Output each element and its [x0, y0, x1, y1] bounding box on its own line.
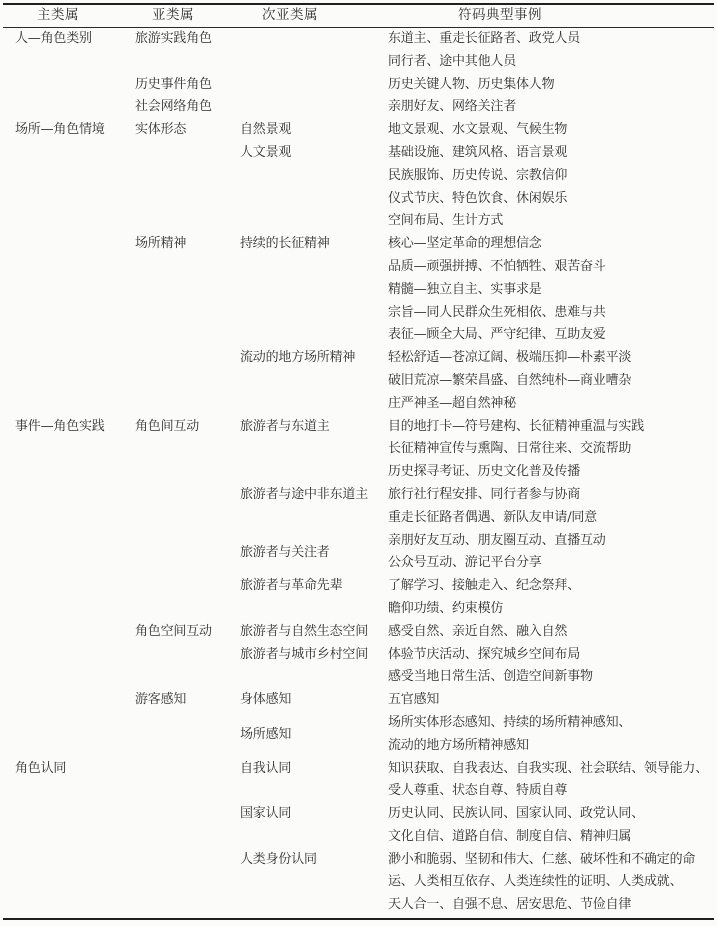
subsub-category-cell: 旅游者与城市乡村空间 [240, 644, 388, 667]
subsub-category-cell: 旅游者与关注者 [240, 530, 388, 576]
example-cell: 同行者、途中其他人员 [388, 51, 715, 74]
example-cell: 知识获取、自我表达、自我实现、社会联结、领导能力、 [388, 758, 715, 781]
example-cell: 庄严神圣—超自然神秘 [388, 393, 715, 416]
table-bottom-rule [3, 918, 714, 920]
table-header-row: 主类属 亚类属 次亚类属 符码典型事例 [0, 4, 717, 27]
main-category-cell: 事件—角色实践 [15, 416, 135, 439]
example-cell: 天人合一、自强不息、居安思危、节俭自律 [388, 894, 715, 917]
sub-category-cell: 场所精神 [135, 233, 240, 256]
example-cell: 文化自信、道路自信、制度自信、精神归属 [388, 826, 715, 849]
example-cell: 品质—顽强拼搏、不怕牺牲、艰苦奋斗 [388, 256, 715, 279]
subsub-category-cell: 自我认同 [240, 758, 388, 781]
example-cell: 公众号互动、游记平台分享 [388, 552, 715, 575]
example-cell: 历史关键人物、历史集体人物 [388, 74, 715, 97]
sub-category-cell: 角色间互动 [135, 416, 240, 439]
example-cell: 仪式节庆、特色饮食、休闲娱乐 [388, 188, 715, 211]
example-cell: 表征—顾全大局、严守纪律、互助友爱 [388, 324, 715, 347]
paper-coding-table: 主类属 亚类属 次亚类属 符码典型事例 人—角色类别旅游实践角色东道主、重走长征… [0, 0, 717, 926]
subsub-category-cell: 持续的长征精神 [240, 233, 388, 256]
subsub-category-cell: 国家认同 [240, 803, 388, 826]
example-cell: 精髓—独立自主、实事求是 [388, 279, 715, 302]
example-cell: 场所实体形态感知、持续的场所精神感知、 [388, 712, 715, 735]
subsub-category-cell: 人类身份认同 [240, 849, 388, 872]
subsub-category-cell: 流动的地方场所精神 [240, 347, 388, 370]
example-cell: 宗旨—同人民群众生死相依、患难与共 [388, 302, 715, 325]
example-cell: 历史认同、民族认同、国家认同、政党认同、 [388, 803, 715, 826]
example-cell: 运、人类相互依存、人类连续性的证明、人类成就、 [388, 871, 715, 894]
example-cell: 长征精神宣传与熏陶、日常往来、交流帮助 [388, 438, 715, 461]
example-cell: 五官感知 [388, 689, 715, 712]
example-cell: 民族服饰、历史传说、宗教信仰 [388, 165, 715, 188]
example-cell: 地文景观、水文景观、气候生物 [388, 119, 715, 142]
example-cell: 目的地打卡—符号建构、长征精神重温与实践 [388, 416, 715, 439]
sub-category-cell: 实体形态 [135, 119, 240, 142]
example-cell: 重走长征路者偶遇、新队友申请/同意 [388, 507, 715, 530]
sub-category-cell: 旅游实践角色 [135, 28, 240, 51]
sub-category-cell: 历史事件角色 [135, 74, 240, 97]
example-cell: 东道主、重走长征路者、政党人员 [388, 28, 715, 51]
main-category-cell: 角色认同 [15, 758, 135, 781]
column-header-sub-category: 亚类属 [152, 4, 194, 27]
example-cell: 受人尊重、状态自尊、特质自尊 [388, 780, 715, 803]
example-cell: 流动的地方场所精神感知 [388, 735, 715, 758]
example-cell: 空间布局、生计方式 [388, 210, 715, 233]
column-header-typical-examples: 符码典型事例 [458, 4, 542, 27]
subsub-category-cell: 旅游者与东道主 [240, 416, 388, 439]
subsub-category-cell: 旅游者与途中非东道主 [240, 484, 388, 507]
example-cell: 核心—坚定革命的理想信念 [388, 233, 715, 256]
example-cell: 了解学习、接触走入、纪念祭拜、 [388, 575, 715, 598]
subsub-category-cell: 身体感知 [240, 689, 388, 712]
sub-category-cell: 社会网络角色 [135, 96, 240, 119]
example-cell: 感受自然、亲近自然、融入自然 [388, 621, 715, 644]
example-cell: 破旧荒凉—繁荣昌盛、自然纯朴—商业嘈杂 [388, 370, 715, 393]
sub-category-cell: 游客感知 [135, 689, 240, 712]
example-cell: 历史探寻考证、历史文化普及传播 [388, 461, 715, 484]
sub-category-cell: 角色空间互动 [135, 621, 240, 644]
example-cell: 基础设施、建筑风格、语言景观 [388, 142, 715, 165]
example-cell: 瞻仰功绩、约束模仿 [388, 598, 715, 621]
subsub-category-cell: 自然景观 [240, 119, 388, 142]
example-cell: 旅行社行程安排、同行者参与协商 [388, 484, 715, 507]
subsub-category-cell: 旅游者与自然生态空间 [240, 621, 388, 644]
example-cell: 轻松舒适—苍凉辽阔、极端压抑—朴素平淡 [388, 347, 715, 370]
main-category-cell: 场所—角色情境 [15, 119, 135, 142]
column-header-subsub-category: 次亚类属 [262, 4, 318, 27]
example-cell: 亲朋好友、网络关注者 [388, 96, 715, 119]
example-cell: 感受当地日常生活、创造空间新事物 [388, 666, 715, 689]
example-cell: 渺小和脆弱、坚韧和伟大、仁慈、破坏性和不确定的命 [388, 849, 715, 872]
example-cell: 亲朋好友互动、朋友圈互动、直播互动 [388, 530, 715, 553]
subsub-category-cell: 场所感知 [240, 712, 388, 758]
example-cell: 体验节庆活动、探究城乡空间布局 [388, 644, 715, 667]
subsub-category-cell: 人文景观 [240, 142, 388, 165]
main-category-cell: 人—角色类别 [15, 28, 135, 51]
table-body: 人—角色类别旅游实践角色东道主、重走长征路者、政党人员同行者、途中其他人员历史事… [15, 28, 715, 917]
column-header-main-category: 主类属 [37, 4, 79, 27]
subsub-category-cell: 旅游者与革命先辈 [240, 575, 388, 598]
